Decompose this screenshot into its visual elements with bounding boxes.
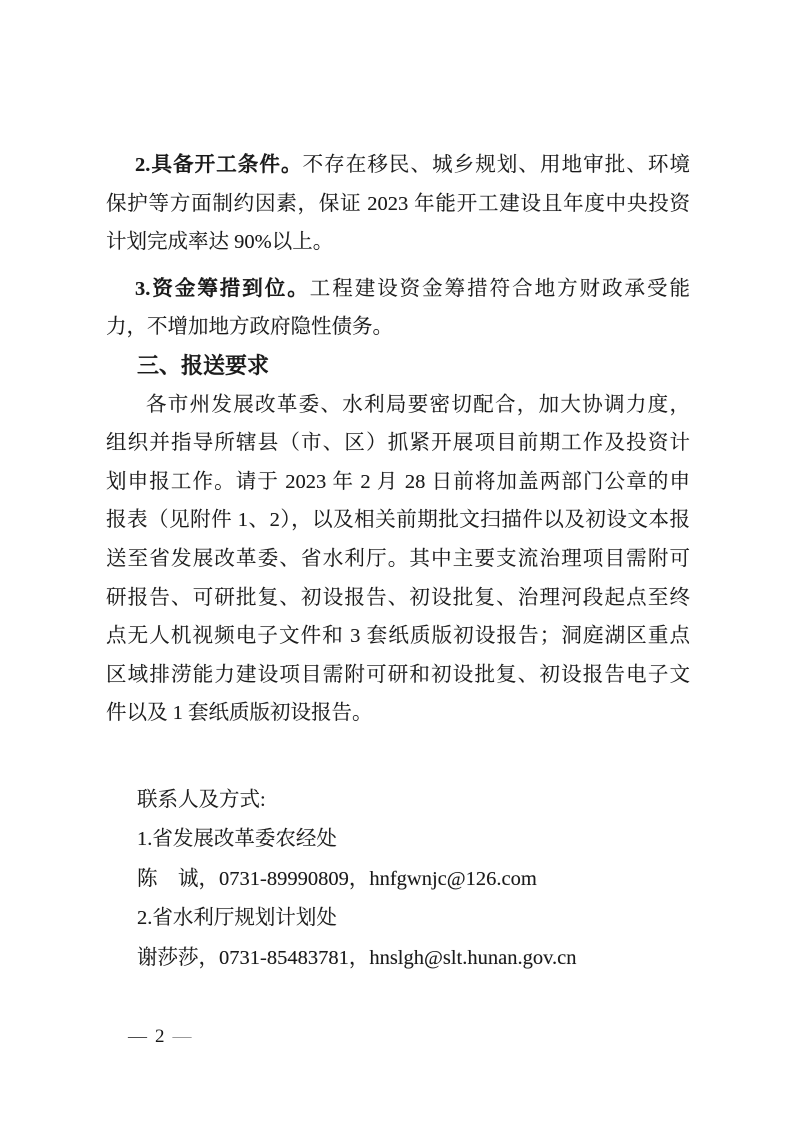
item3-line-2: 力，不增加地方政府隐性债务。 [106, 308, 690, 347]
contact-entry2-person: 谢莎莎，0731-85483781，hnslgh@slt.hunan.gov.c… [106, 939, 690, 978]
report-paragraph: 各市州发展改革委、水利局要密切配合，加大协调力度， 组织并指导所辖县（市、区）抓… [106, 386, 690, 733]
item3-line-1: 3.资金筹措到位。工程建设资金筹措符合地方财政承受能 [106, 270, 690, 309]
report-line-2: 组织并指导所辖县（市、区）抓紧开展项目前期工作及投资计 [106, 424, 690, 463]
contact-entry1-dept: 1.省发展改革委农经处 [106, 820, 690, 859]
contact-entry2-dept: 2.省水利厅规划计划处 [106, 899, 690, 938]
item3-lead-bold: 3.资金筹措到位。 [135, 278, 310, 300]
item2-lead-bold: 2.具备开工条件。 [135, 154, 303, 176]
item2-line-1: 2.具备开工条件。不存在移民、城乡规划、用地审批、环境 [106, 146, 690, 185]
report-line-6: 研报告、可研批复、初设报告、初设批复、治理河段起点至终 [106, 579, 690, 618]
section-heading: 三、报送要求 [106, 347, 690, 386]
item2-line-3: 计划完成率达 90%以上。 [106, 223, 690, 262]
item2-paragraph: 2.具备开工条件。不存在移民、城乡规划、用地审批、环境 保护等方面制约因素，保证… [106, 146, 690, 262]
page-footer: —2— [128, 1024, 192, 1050]
contact-title: 联系人及方式: [106, 781, 690, 820]
report-line-1: 各市州发展改革委、水利局要密切配合，加大协调力度， [106, 386, 690, 425]
item3-line-1-text: 工程建设资金筹措符合地方财政承受能 [310, 278, 690, 300]
report-line-3: 划申报工作。请于 2023 年 2 月 28 日前将加盖两部门公章的申 [106, 463, 690, 502]
contact-block: 联系人及方式: 1.省发展改革委农经处 陈 诚，0731-89990809，hn… [106, 781, 690, 978]
contact-entry1-person: 陈 诚，0731-89990809，hnfgwnjc@126.com [106, 860, 690, 899]
document-page: 2.具备开工条件。不存在移民、城乡规划、用地审批、环境 保护等方面制约因素，保证… [0, 0, 793, 1122]
footer-right-dash: — [173, 1026, 192, 1047]
footer-left-dash: — [128, 1026, 147, 1047]
item3-paragraph: 3.资金筹措到位。工程建设资金筹措符合地方财政承受能 力，不增加地方政府隐性债务… [106, 270, 690, 347]
report-line-5: 送至省发展改革委、省水利厅。其中主要支流治理项目需附可 [106, 540, 690, 579]
item2-line-1-text: 不存在移民、城乡规划、用地审批、环境 [303, 154, 690, 176]
document-body: 2.具备开工条件。不存在移民、城乡规划、用地审批、环境 保护等方面制约因素，保证… [106, 146, 690, 978]
item2-line-2: 保护等方面制约因素，保证 2023 年能开工建设且年度中央投资 [106, 185, 690, 224]
report-line-4: 报表（见附件 1、2），以及相关前期批文扫描件以及初设文本报 [106, 501, 690, 540]
page-number: 2 [147, 1026, 173, 1047]
report-line-7: 点无人机视频电子文件和 3 套纸质版初设报告；洞庭湖区重点 [106, 617, 690, 656]
report-line-9: 件以及 1 套纸质版初设报告。 [106, 694, 690, 733]
report-line-8: 区域排涝能力建设项目需附可研和初设批复、初设报告电子文 [106, 656, 690, 695]
